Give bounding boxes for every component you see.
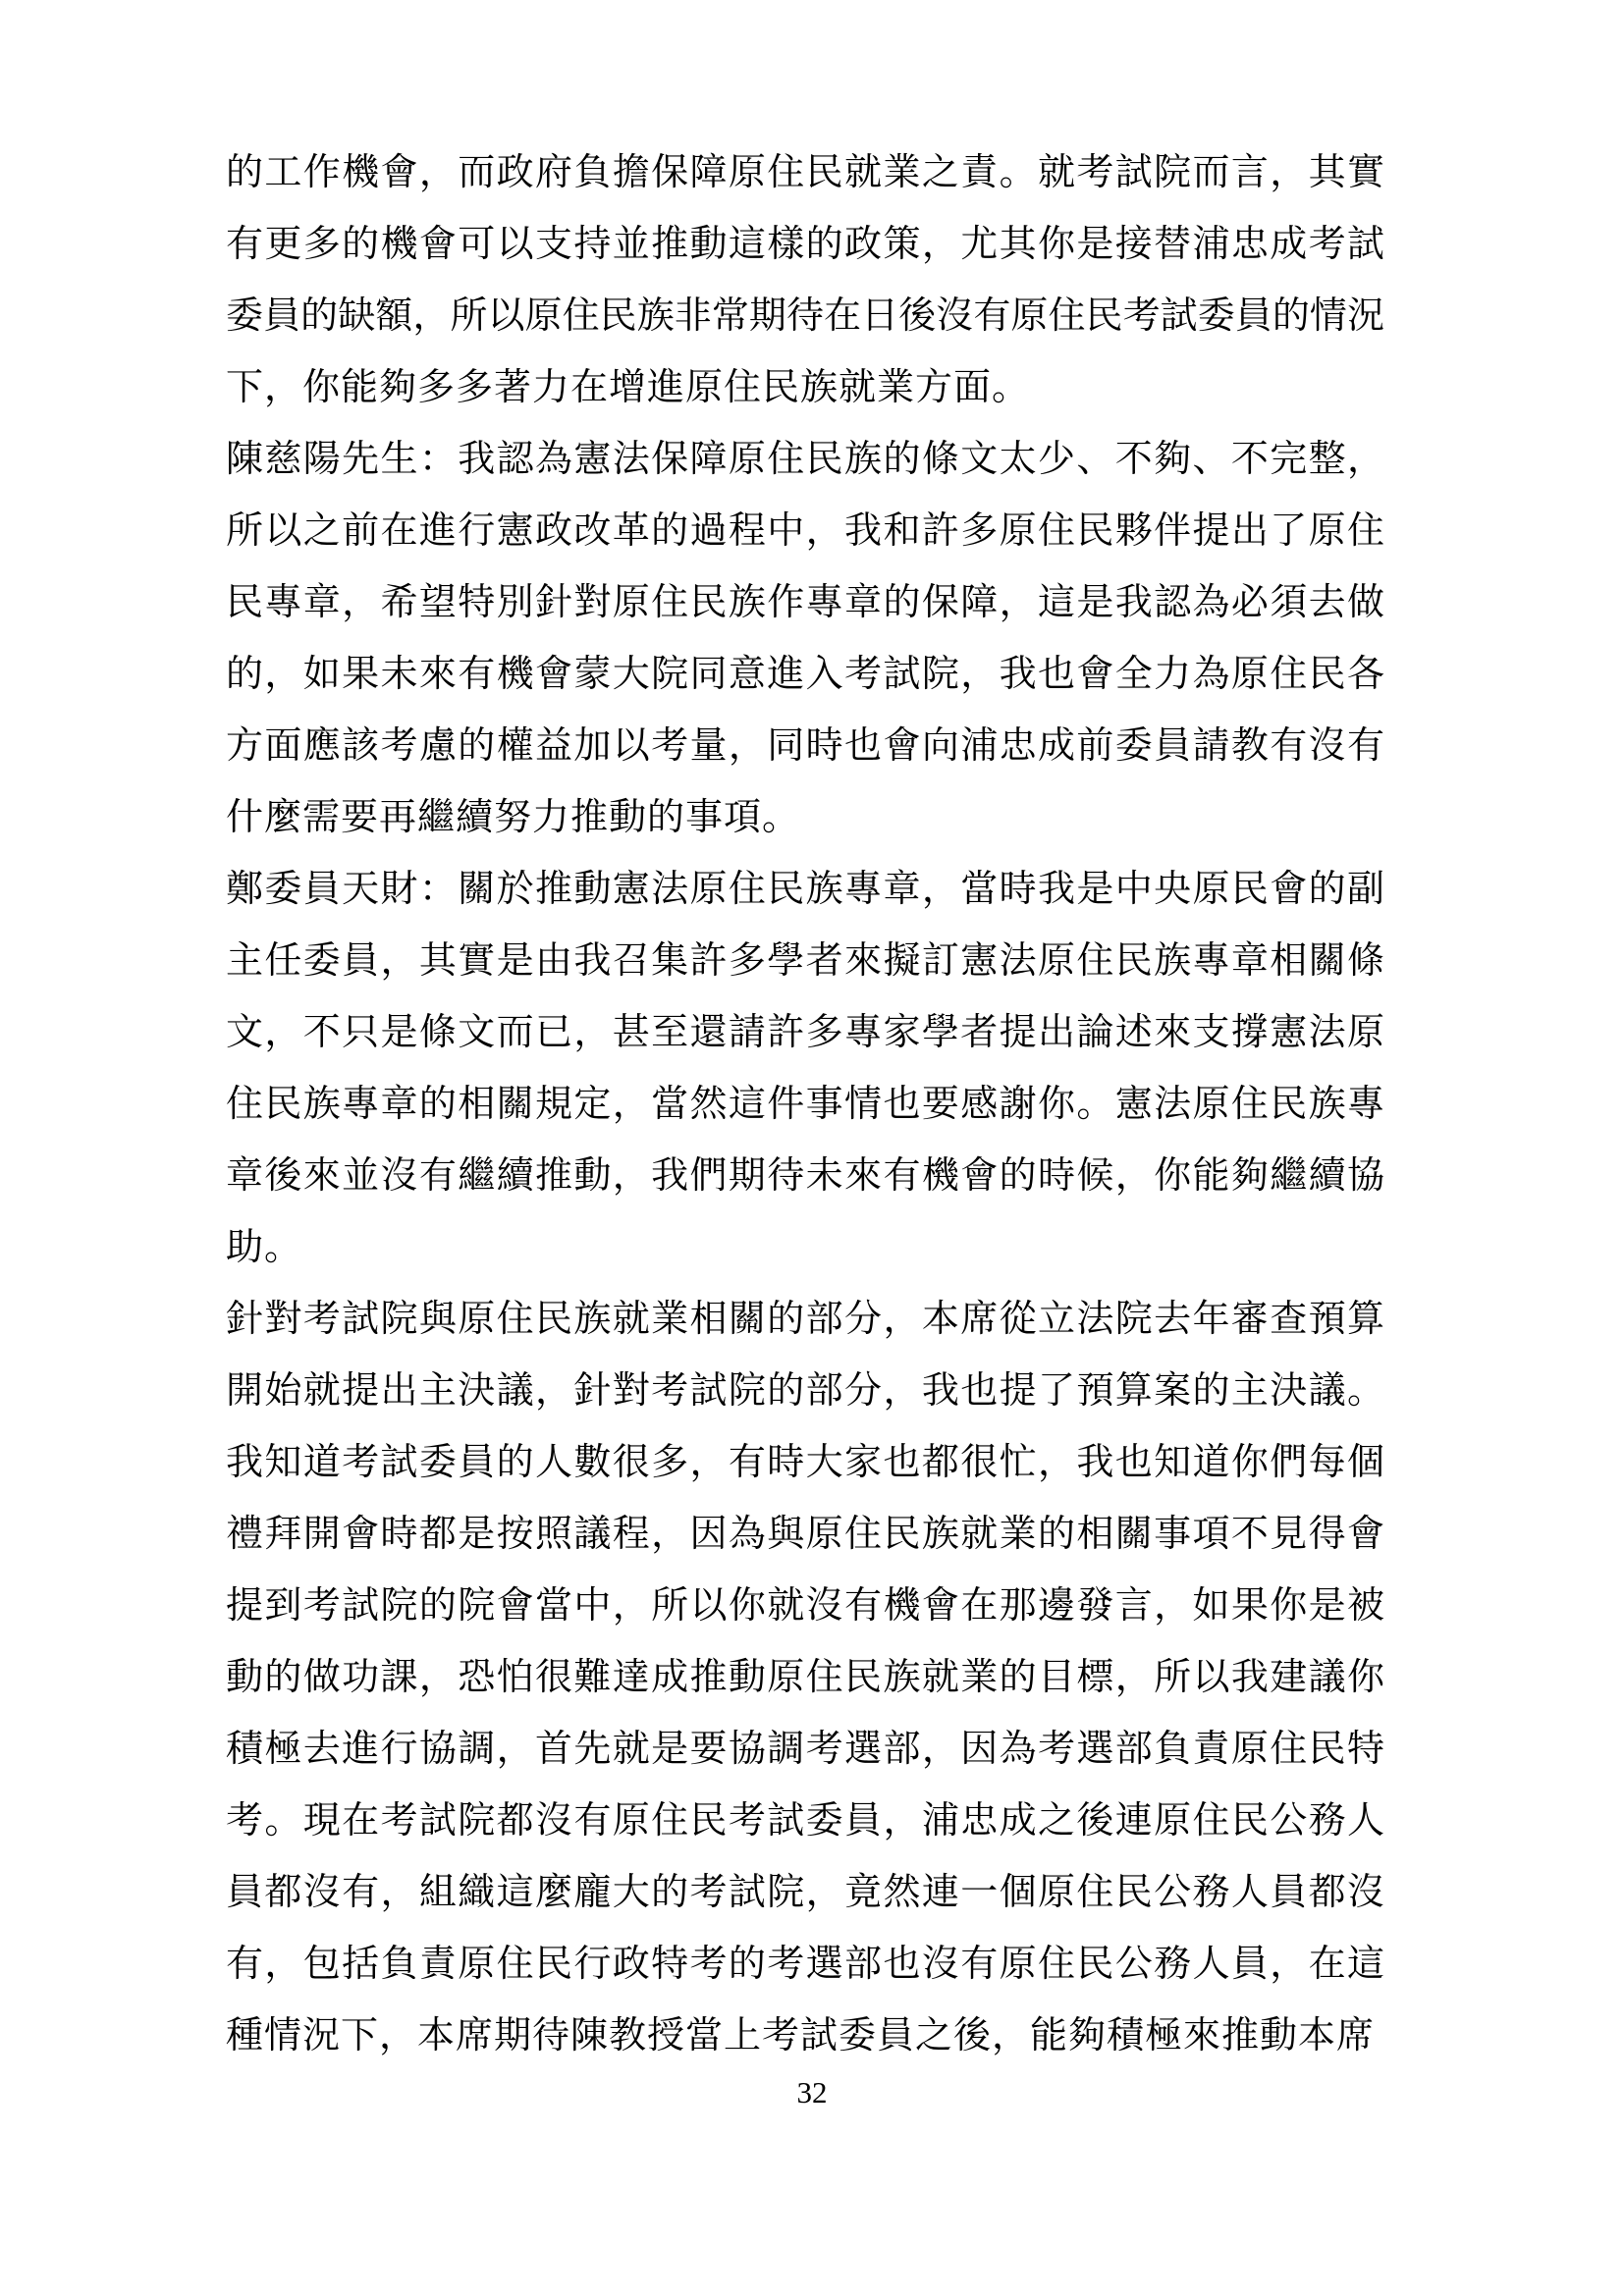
- text-line: 住民族專章的相關規定，當然這件事情也要感謝你。憲法原住民族專: [226, 1069, 1384, 1141]
- text-line: 所以之前在進行憲政改革的過程中，我和許多原住民夥伴提出了原住: [226, 496, 1384, 567]
- text-line: 文，不只是條文而已，甚至還請許多專家學者提出論述來支撐憲法原: [226, 997, 1384, 1069]
- text-line: 委員的缺額，所以原住民族非常期待在日後沒有原住民考試委員的情況: [226, 281, 1384, 352]
- text-line: 積極去進行協調，首先就是要協調考選部，因為考選部負責原住民特: [226, 1714, 1384, 1786]
- text-line: 民專章，希望特別針對原住民族作專章的保障，這是我認為必須去做: [226, 567, 1384, 639]
- text-line: 鄭委員天財：關於推動憲法原住民族專章，當時我是中央原民會的副: [226, 854, 1384, 926]
- text-line: 助。: [226, 1212, 1384, 1284]
- text-line: 提到考試院的院會當中，所以你就沒有機會在那邊發言，如果你是被: [226, 1571, 1384, 1642]
- text-line: 主任委員，其實是由我召集許多學者來擬訂憲法原住民族專章相關條: [226, 926, 1384, 997]
- text-line: 種情況下，本席期待陳教授當上考試委員之後，能夠積極來推動本席: [226, 2001, 1384, 2072]
- text-line: 開始就提出主決議，針對考試院的部分，我也提了預算案的主決議。: [226, 1356, 1384, 1427]
- text-line: 有，包括負責原住民行政特考的考選部也沒有原住民公務人員，在這: [226, 1929, 1384, 2001]
- page-number: 32: [0, 2073, 1624, 2112]
- text-line: 的，如果未來有機會蒙大院同意進入考試院，我也會全力為原住民各: [226, 639, 1384, 711]
- text-line: 下，你能夠多多著力在增進原住民族就業方面。: [226, 352, 1384, 424]
- text-line: 陳慈陽先生：我認為憲法保障原住民族的條文太少、不夠、不完整，: [226, 424, 1384, 496]
- text-line: 章後來並沒有繼續推動，我們期待未來有機會的時候，你能夠繼續協: [226, 1141, 1384, 1212]
- text-line: 考。現在考試院都沒有原住民考試委員，浦忠成之後連原住民公務人: [226, 1786, 1384, 1857]
- text-line: 的工作機會，而政府負擔保障原住民就業之責。就考試院而言，其實: [226, 137, 1384, 209]
- text-line: 我知道考試委員的人數很多，有時大家也都很忙，我也知道你們每個: [226, 1427, 1384, 1499]
- text-line: 員都沒有，組織這麼龐大的考試院，竟然連一個原住民公務人員都沒: [226, 1857, 1384, 1929]
- text-line: 動的做功課，恐怕很難達成推動原住民族就業的目標，所以我建議你: [226, 1642, 1384, 1714]
- document-page: 的工作機會，而政府負擔保障原住民就業之責。就考試院而言，其實 有更多的機會可以支…: [0, 0, 1624, 2296]
- text-line: 針對考試院與原住民族就業相關的部分，本席從立法院去年審查預算: [226, 1284, 1384, 1356]
- text-line: 什麼需要再繼續努力推動的事項。: [226, 782, 1384, 854]
- text-line: 方面應該考慮的權益加以考量，同時也會向浦忠成前委員請教有沒有: [226, 711, 1384, 782]
- text-line: 有更多的機會可以支持並推動這樣的政策，尤其你是接替浦忠成考試: [226, 209, 1384, 281]
- text-block: 的工作機會，而政府負擔保障原住民就業之責。就考試院而言，其實 有更多的機會可以支…: [226, 137, 1384, 2072]
- text-line: 禮拜開會時都是按照議程，因為與原住民族就業的相關事項不見得會: [226, 1499, 1384, 1571]
